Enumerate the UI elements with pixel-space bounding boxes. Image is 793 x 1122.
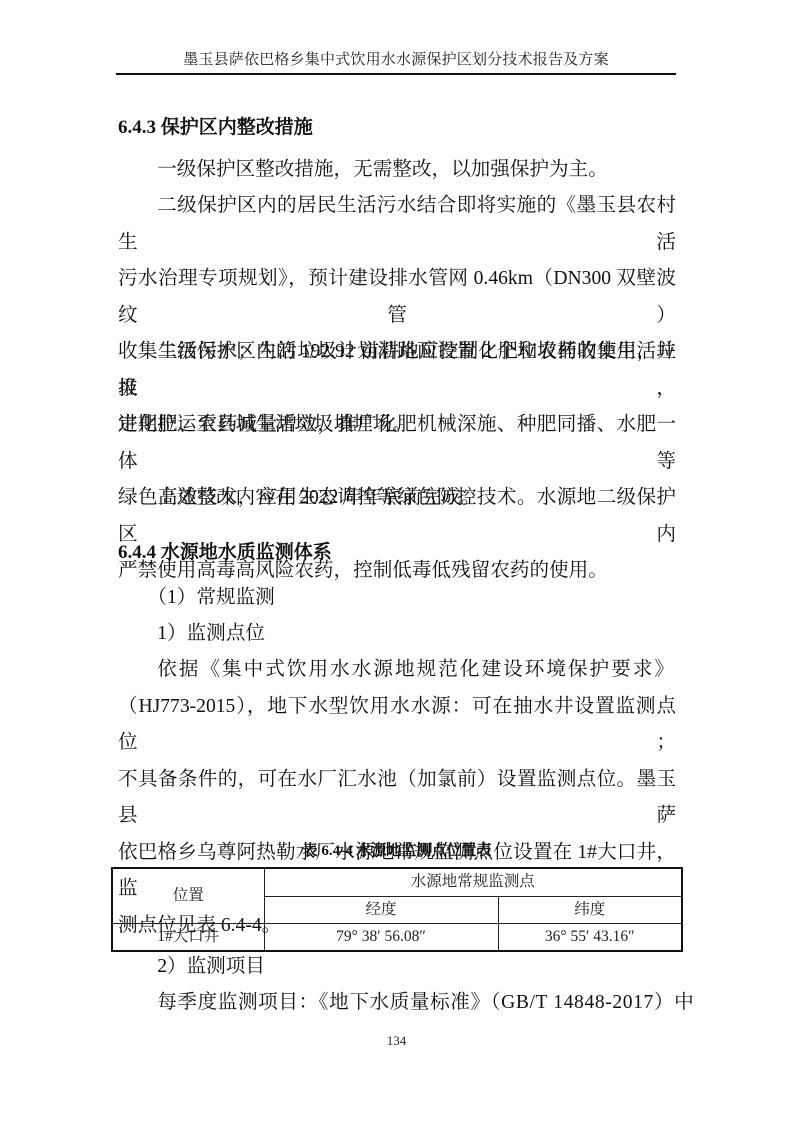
page-number: 134: [0, 1032, 793, 1050]
text-line: 每季度监测项目：《地下水质量标准》（GB/T 14848-2017）中: [118, 985, 676, 1022]
text-line: （HJ773-2015），地下水型饮用水水源：可在抽水井设置监测点位；: [118, 689, 676, 762]
table-header-row: 位置 水源地常规监测点: [112, 868, 682, 896]
text-line: 进化肥、农药减量增效，推广化肥机械深施、种肥同播、水肥一体等: [118, 407, 676, 480]
header-cell-longitude: 经度: [264, 896, 498, 924]
table-row: 1#大口井 79° 38′ 56.08″ 36° 55′ 43.16″: [112, 924, 682, 952]
table-caption: 表 6.4-4 水源地监测点位置表: [118, 840, 676, 862]
cell-longitude: 79° 38′ 56.08″: [264, 924, 498, 952]
section-heading-6-4-4: 6.4.4 水源地水质监测体系: [118, 540, 332, 566]
text-line: 二级保护区内的 192.92 亩耕地应控制化肥和农药的使用，并推: [118, 334, 676, 407]
header-rule: [116, 73, 676, 75]
header-cell-group: 水源地常规监测点: [264, 868, 682, 896]
paragraph-deadline: 上述整改内容在 2022 年年底前完成。: [118, 480, 676, 517]
cell-location: 1#大口井: [112, 924, 264, 952]
header-cell-location: 位置: [112, 868, 264, 924]
monitoring-location-table: 位置 水源地常规监测点 经度 纬度 1#大口井 79° 38′ 56.08″ 3…: [111, 867, 683, 952]
section-heading-6-4-3: 6.4.3 保护区内整改措施: [118, 115, 313, 141]
cell-latitude: 36° 55′ 43.16″: [498, 924, 682, 952]
text-line: 依据《集中式饮用水水源地规范化建设环境保护要求》: [118, 652, 676, 689]
paragraph-first-level-measures: 一级保护区整改措施，无需整改，以加强保护为主。: [118, 152, 676, 189]
subheading-routine-monitoring: （1）常规监测: [118, 580, 676, 617]
subheading-monitoring-points: 1）监测点位: [118, 616, 676, 653]
running-header: 墨玉县萨依巴格乡集中式饮用水水源保护区划分技术报告及方案: [116, 50, 676, 70]
text-line: 污水治理专项规划》，预计建设排水管网 0.46km（DN300 双壁波纹管）: [118, 261, 676, 334]
paragraph-monitoring-items: 每季度监测项目：《地下水质量标准》（GB/T 14848-2017）中: [118, 985, 676, 1022]
text-line: 二级保护区内的居民生活污水结合即将实施的《墨玉县农村生活: [118, 188, 676, 261]
header-cell-latitude: 纬度: [498, 896, 682, 924]
subheading-monitoring-items: 2）监测项目: [118, 949, 676, 986]
text-line: 不具备条件的，可在水厂汇水池（加氯前）设置监测点位。墨玉县萨: [118, 762, 676, 835]
